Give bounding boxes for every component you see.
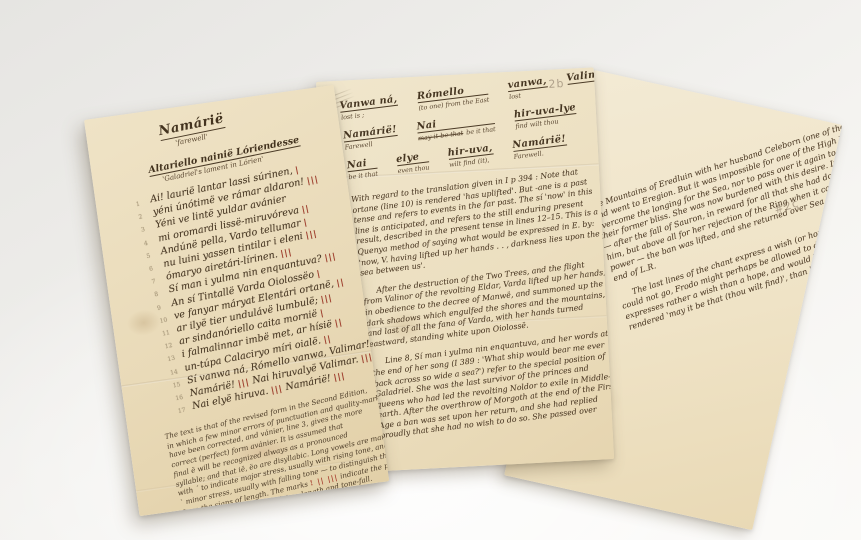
red-pause-mark: | bbox=[319, 307, 325, 318]
red-pause-mark: ||| bbox=[333, 370, 346, 382]
red-pause-mark: | bbox=[316, 268, 322, 279]
line-number: 17 bbox=[177, 404, 187, 418]
red-pause-mark: || bbox=[336, 276, 346, 287]
gloss-word: Naimay-it-be-thatbe it that bbox=[416, 112, 496, 142]
line-number: 5 bbox=[145, 249, 151, 263]
red-pause-mark: ||| bbox=[306, 174, 319, 186]
red-pause-mark: ||| bbox=[324, 251, 337, 263]
right-page-text-block: the Mountains of Eredluin with her husba… bbox=[589, 112, 842, 341]
gloss-word: Namárië!Farewell. bbox=[512, 134, 568, 161]
gloss-word: Naibe it that bbox=[346, 157, 378, 181]
red-pause-mark: || bbox=[334, 317, 344, 328]
red-pause-mark: | bbox=[303, 216, 309, 227]
line-number: 4 bbox=[143, 236, 149, 250]
gloss-word: hir-uva-lyefind wilt thou bbox=[513, 102, 577, 130]
line-number: 1 bbox=[135, 198, 141, 212]
photo-backdrop: #2c the Mountains of Eredluin with her h… bbox=[0, 0, 861, 540]
interlinear-gloss-block: Vanwa ná,lost is ;Rómello(to one) from t… bbox=[339, 71, 591, 181]
commentary-paragraphs: With regard to the translation given in … bbox=[351, 165, 615, 442]
line-number: 3 bbox=[140, 224, 146, 238]
red-pause-mark: | bbox=[294, 164, 300, 175]
line-number: 7 bbox=[151, 275, 157, 289]
gloss-word: Rómello(to one) from the East bbox=[416, 83, 489, 113]
red-pause-mark: ||| bbox=[280, 246, 293, 258]
line-number: 9 bbox=[156, 301, 162, 315]
gloss-word: elyeeven thou bbox=[396, 150, 430, 175]
line-number: 2 bbox=[137, 211, 143, 225]
gloss-word: Namárië!Farewell bbox=[343, 124, 399, 151]
line-number: 8 bbox=[153, 288, 159, 302]
red-pause-mark: || bbox=[323, 333, 333, 344]
red-pause-mark: ||| bbox=[320, 292, 333, 304]
gloss-word: hir-uva,wilt find (it), bbox=[447, 143, 494, 169]
middle-page-text-block: Vanwa ná,lost is ;Rómello(to one) from t… bbox=[339, 71, 614, 450]
line-number: 6 bbox=[148, 262, 154, 276]
gloss-word: vanwa,lost bbox=[507, 75, 548, 101]
red-pause-mark: || bbox=[301, 202, 311, 213]
poem-body: 1Ai! laurië lantar lassi súrinen,|2yéni … bbox=[149, 155, 384, 414]
red-pause-mark: ||| bbox=[305, 228, 318, 240]
